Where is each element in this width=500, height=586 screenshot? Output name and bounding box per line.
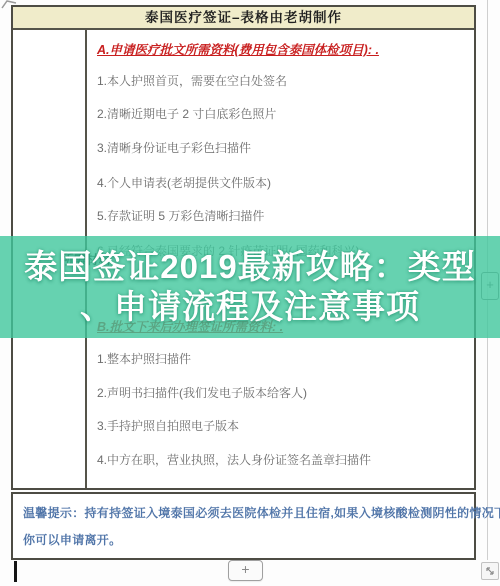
tip-text-line2: 你可以申请离开。 [23, 527, 466, 554]
section-a-heading: A.申请医疗批文所需资料(费用包含泰国体检项目): . [97, 40, 379, 58]
title-overlay-banner: 泰国签证2019最新攻略：类型 、申请流程及注意事项 [0, 236, 500, 338]
tip-text-line1: 温馨提示：持有持签证入境泰国必须去医院体检并且住宿,如果入境核酸检测阴性的情况下 [23, 500, 466, 527]
screen: 泰国医疗签证–表格由老胡制作 所需材料 A.申请医疗批文所需资料(费用包含泰国体… [0, 0, 500, 586]
table-row: 3.手持护照自拍照电子版本 [97, 417, 239, 434]
plus-icon: + [241, 561, 249, 577]
overlay-title-line2: 、申请流程及注意事项 [80, 287, 420, 327]
table-row: 4.中方在职，营业执照，法人身份证签名盖章扫描件 [97, 451, 371, 468]
table-title: 泰国医疗签证–表格由老胡制作 [13, 7, 474, 30]
table-row: 5.存款证明 5 万彩色清晰扫描件 [97, 207, 264, 224]
table-row: 1.本人护照首页，需要在空白处签名 [97, 72, 287, 89]
text-cursor [14, 561, 17, 582]
resize-handle-button[interactable] [481, 562, 499, 580]
table-row: 4.个人申请表(老胡提供文件版本) [97, 174, 271, 191]
overlay-title-line1: 泰国签证2019最新攻略：类型 [24, 247, 475, 287]
add-row-button[interactable]: + [228, 560, 263, 581]
tip-box: 温馨提示：持有持签证入境泰国必须去医院体检并且住宿,如果入境核酸检测阴性的情况下… [11, 492, 476, 560]
diagonal-resize-icon [485, 566, 495, 576]
table-row: 2.声明书扫描件(我们发电子版本给客人) [97, 384, 307, 401]
table-row: 3.清晰身份证电子彩色扫描件 [97, 139, 251, 156]
table-row: 2.清晰近期电子 2 寸白底彩色照片 [97, 105, 276, 122]
table-row: 1.整本护照扫描件 [97, 350, 191, 367]
